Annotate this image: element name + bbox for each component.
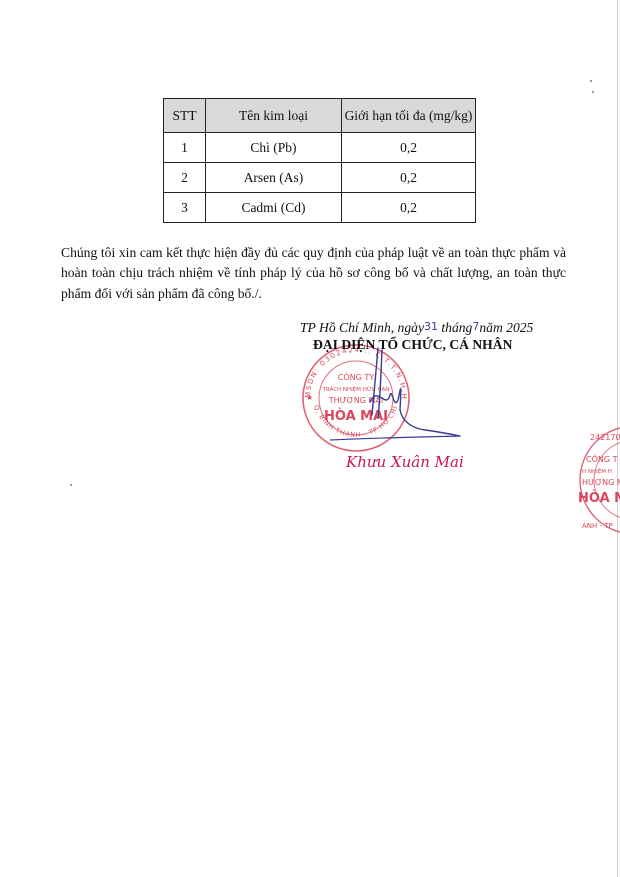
place-prefix: TP Hồ Chí Minh, ngày [300, 320, 424, 335]
edge-stamp-line-2: H NHIỆM H [582, 467, 612, 475]
handwritten-day: 31 [424, 320, 438, 333]
table-row: 1 Chì (Pb) 0,2 [164, 133, 476, 163]
cell-stt: 2 [164, 163, 206, 193]
svg-text:★: ★ [306, 393, 313, 402]
commitment-paragraph: Chúng tôi xin cam kết thực hiện đầy đủ c… [61, 243, 566, 305]
cell-limit: 0,2 [342, 163, 476, 193]
cell-metal-name: Arsen (As) [206, 163, 342, 193]
header-metal-name: Tên kim loại [206, 99, 342, 133]
scan-speck [592, 91, 594, 93]
year-label: năm 2025 [479, 320, 533, 335]
edge-stamp-line-3: HƯƠNG M [582, 478, 620, 487]
table-header-row: STT Tên kim loại Giới hạn tối đa (mg/kg) [164, 99, 476, 133]
month-label: tháng [441, 320, 472, 335]
heavy-metal-limits-table: STT Tên kim loại Giới hạn tối đa (mg/kg)… [163, 98, 476, 223]
cell-metal-name: Cadmi (Cd) [206, 193, 342, 223]
edge-stamp-line-4: HÒA M [578, 490, 620, 506]
place-date-line: TP Hồ Chí Minh, ngày31 tháng7năm 2025 [300, 320, 533, 336]
header-stt: STT [164, 99, 206, 133]
scan-speck [70, 484, 72, 486]
header-max-limit: Giới hạn tối đa (mg/kg) [342, 99, 476, 133]
cell-limit: 0,2 [342, 133, 476, 163]
edge-seal-stamp: 242170 CÔNG T H NHIỆM H HƯƠNG M HÒA M ÀN… [576, 420, 620, 540]
table-row: 3 Cadmi (Cd) 0,2 [164, 193, 476, 223]
handwritten-signature [330, 340, 470, 450]
edge-stamp-line-1: CÔNG T [586, 453, 618, 464]
cell-stt: 3 [164, 193, 206, 223]
document-page: STT Tên kim loại Giới hạn tối đa (mg/kg)… [0, 0, 620, 877]
cell-metal-name: Chì (Pb) [206, 133, 342, 163]
edge-stamp-bottom: ÀNH - TP [582, 521, 613, 530]
edge-stamp-number: 242170 [590, 433, 620, 442]
cell-limit: 0,2 [342, 193, 476, 223]
cell-stt: 1 [164, 133, 206, 163]
table-row: 2 Arsen (As) 0,2 [164, 163, 476, 193]
scan-speck [590, 80, 592, 82]
signer-name: Khưu Xuân Mai [346, 453, 464, 471]
